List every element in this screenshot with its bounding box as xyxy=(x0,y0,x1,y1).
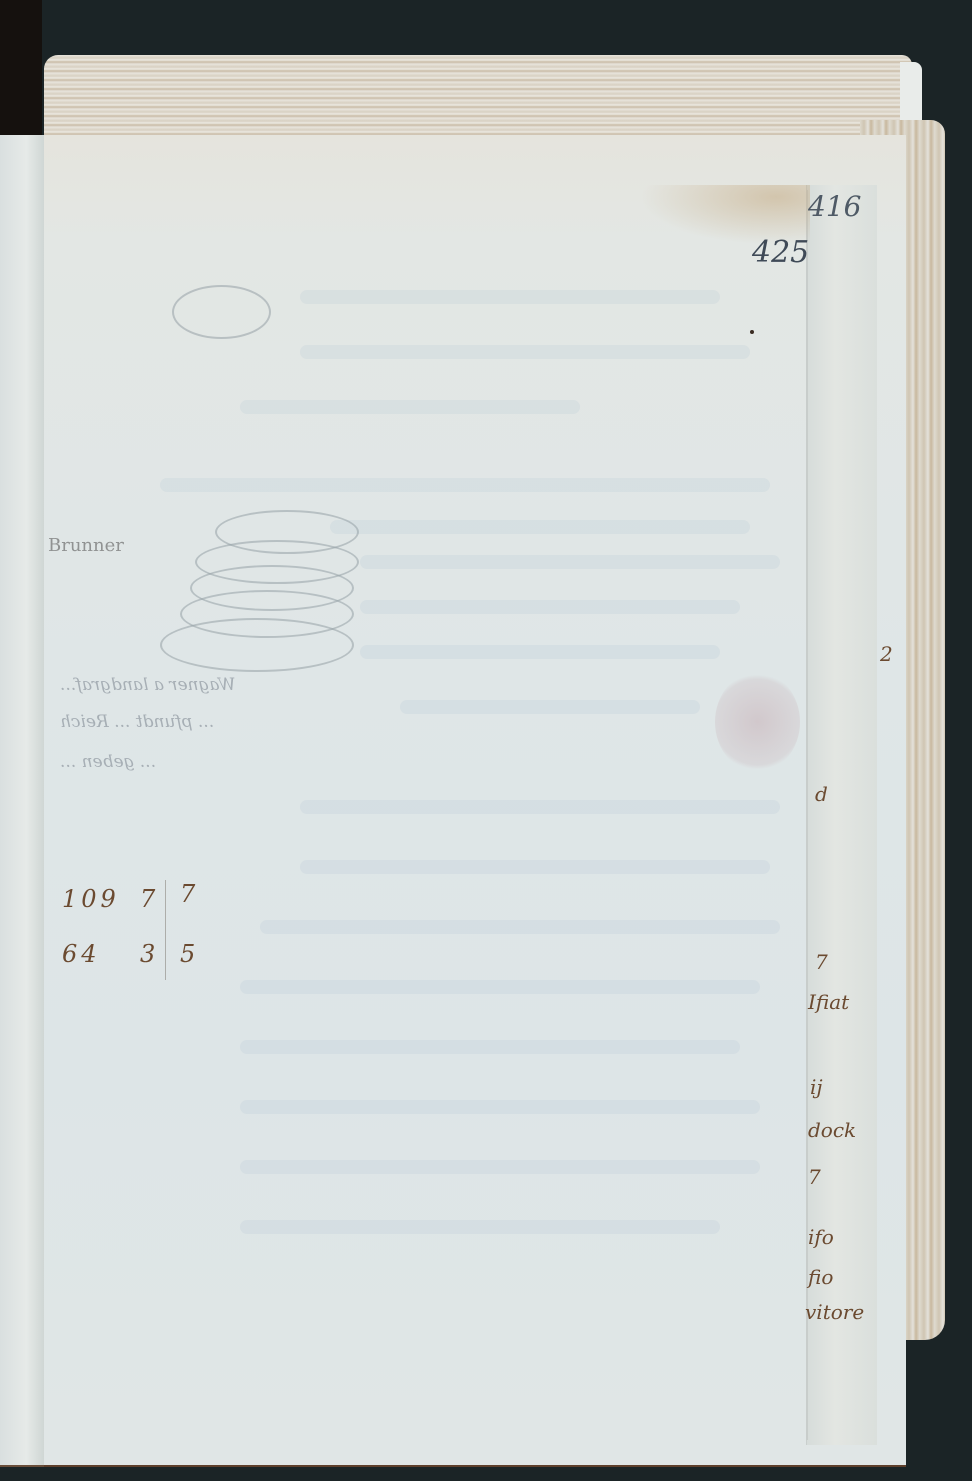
arithmetic-cell: 3 xyxy=(140,940,159,968)
folio-number-old: 416 xyxy=(808,190,861,223)
bleed-through-line xyxy=(240,1100,760,1114)
edge-fragment: ij xyxy=(810,1075,823,1099)
seal-stain xyxy=(715,672,800,772)
arithmetic-cell: 109 xyxy=(62,885,120,913)
bleed-through-line xyxy=(160,478,770,492)
ink-dot xyxy=(750,330,754,334)
arithmetic-cell: 7 xyxy=(180,880,199,908)
arithmetic-cell: 5 xyxy=(180,940,199,968)
arithmetic-cell: 7 xyxy=(140,885,159,913)
bleed-through-line xyxy=(260,920,780,934)
bleed-through-line xyxy=(240,1040,740,1054)
arithmetic-cell: 64 xyxy=(62,940,101,968)
bleed-through-line xyxy=(360,555,780,569)
edge-fragment: vitore xyxy=(805,1300,864,1324)
bleed-through-line xyxy=(400,700,700,714)
edge-fragment: ifo xyxy=(808,1225,834,1249)
leaf-edge xyxy=(806,190,808,1440)
bleed-through-text: Wagner a landgraf... xyxy=(60,675,236,695)
page-stack-top-edge xyxy=(44,55,912,145)
bleed-through-line xyxy=(300,290,720,304)
pencil-scribble-icon xyxy=(172,285,271,339)
edge-fragment: dock xyxy=(808,1118,856,1142)
bleed-through-line xyxy=(240,1220,720,1234)
left-page-edge xyxy=(0,135,44,1467)
backdrop xyxy=(0,0,42,135)
bleed-through-line xyxy=(240,980,760,994)
edge-fragment: fio xyxy=(808,1265,833,1289)
spiral-scribble-icon xyxy=(160,618,354,672)
edge-fragment: d xyxy=(815,782,828,806)
edge-fragment: Ifiat xyxy=(808,990,849,1014)
bleed-through-line xyxy=(240,400,580,414)
bleed-through-line xyxy=(360,600,740,614)
edge-fragment: 7 xyxy=(815,950,828,974)
bleed-through-line xyxy=(240,1160,760,1174)
bleed-through-line xyxy=(360,645,720,659)
bleed-through-line xyxy=(330,520,750,534)
underlying-page-strip xyxy=(806,185,877,1445)
edge-fragment: 2 xyxy=(880,642,893,666)
arithmetic-rule xyxy=(165,880,166,980)
bleed-through-line xyxy=(300,800,780,814)
bleed-through-line xyxy=(300,345,750,359)
bleed-through-text: ... geben ... xyxy=(60,752,156,772)
bleed-through-line xyxy=(300,860,770,874)
margin-word: Brunner xyxy=(48,535,124,556)
edge-fragment: 7 xyxy=(808,1165,821,1189)
bleed-through-text: ... pfundt ... Reich xyxy=(60,712,214,732)
folio-number-current: 425 xyxy=(752,235,809,270)
